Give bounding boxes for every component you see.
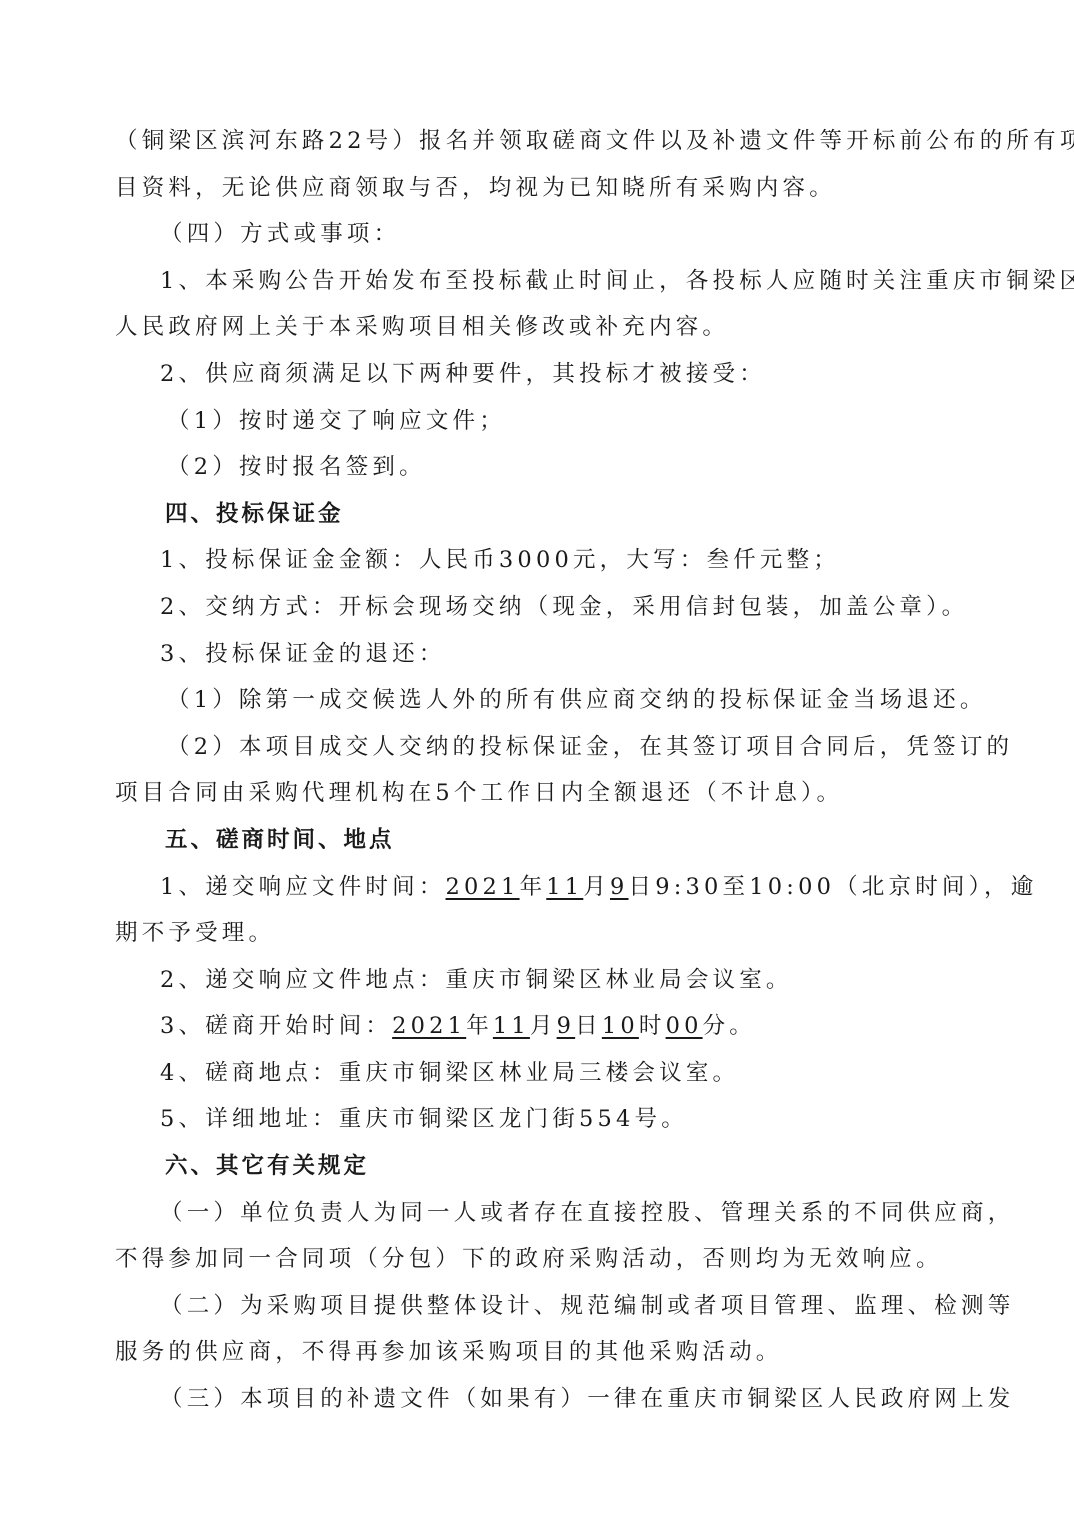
month-unit: 月 — [530, 1013, 557, 1039]
month-value: 11 — [493, 1013, 530, 1039]
label: 3、磋商开始时间： — [160, 1013, 392, 1039]
section-heading-other-rules: 六、其它有关规定 — [115, 1143, 965, 1190]
list-item: 2、交纳方式：开标会现场交纳（现金，采用信封包装，加盖公章）。 — [115, 584, 965, 631]
list-item: 2、递交响应文件地点：重庆市铜梁区林业局会议室。 — [115, 957, 965, 1004]
minute-value: 00 — [666, 1013, 703, 1039]
year-unit: 年 — [466, 1013, 493, 1039]
day-unit: 日 — [575, 1013, 602, 1039]
day-unit: 日 — [629, 874, 656, 900]
time-range: 9:30至10:00（北京时间），逾 — [655, 874, 1037, 900]
paragraph-line: 1、本采购公告开始发布至投标截止时间止，各投标人应随时关注重庆市铜梁区 — [115, 258, 965, 305]
label: 1、递交响应文件时间： — [160, 874, 446, 900]
year-unit: 年 — [520, 874, 547, 900]
hour-unit: 时 — [639, 1013, 666, 1039]
minute-unit: 分。 — [703, 1013, 756, 1039]
month-value: 11 — [546, 874, 583, 900]
day-value: 9 — [610, 874, 629, 900]
list-item: 1、投标保证金金额：人民币3000元，大写：叁仟元整； — [115, 537, 965, 584]
day-value: 9 — [557, 1013, 576, 1039]
list-item: 4、磋商地点：重庆市铜梁区林业局三楼会议室。 — [115, 1050, 965, 1097]
year-value: 2021 — [392, 1013, 466, 1039]
subsection-title: （四）方式或事项： — [115, 211, 965, 258]
document-page: （铜梁区滨河东路22号）报名并领取磋商文件以及补遗文件等开标前公布的所有项 目资… — [115, 118, 965, 1423]
paragraph-line: 服务的供应商，不得再参加该采购项目的其他采购活动。 — [115, 1329, 965, 1376]
list-item: （2）按时报名签到。 — [115, 444, 965, 491]
paragraph-line: （一）单位负责人为同一人或者存在直接控股、管理关系的不同供应商， — [115, 1190, 965, 1237]
list-item: （1）按时递交了响应文件； — [115, 398, 965, 445]
paragraph-line: 不得参加同一合同项（分包）下的政府采购活动，否则均为无效响应。 — [115, 1236, 965, 1283]
list-item: 3、投标保证金的退还： — [115, 631, 965, 678]
paragraph-line: （二）为采购项目提供整体设计、规范编制或者项目管理、监理、检测等 — [115, 1283, 965, 1330]
month-unit: 月 — [583, 874, 610, 900]
paragraph-line: 期不予受理。 — [115, 910, 965, 957]
paragraph-line: （三）本项目的补遗文件（如果有）一律在重庆市铜梁区人民政府网上发 — [115, 1376, 965, 1423]
year-value: 2021 — [446, 874, 520, 900]
section-heading-deposit: 四、投标保证金 — [115, 491, 965, 538]
list-item: （1）除第一成交候选人外的所有供应商交纳的投标保证金当场退还。 — [115, 677, 965, 724]
paragraph-line: 目资料，无论供应商领取与否，均视为已知晓所有采购内容。 — [115, 165, 965, 212]
paragraph-line: （铜梁区滨河东路22号）报名并领取磋商文件以及补遗文件等开标前公布的所有项 — [115, 118, 965, 165]
hour-value: 10 — [602, 1013, 639, 1039]
list-item-start-time: 3、磋商开始时间：2021年11月9日10时00分。 — [115, 1003, 965, 1050]
list-item-submission-time: 1、递交响应文件时间：2021年11月9日9:30至10:00（北京时间），逾 — [115, 864, 965, 911]
paragraph-line: 2、供应商须满足以下两种要件，其投标才被接受： — [115, 351, 965, 398]
section-heading-time-location: 五、磋商时间、地点 — [115, 817, 965, 864]
paragraph-line: 项目合同由采购代理机构在5个工作日内全额退还（不计息）。 — [115, 770, 965, 817]
list-item: （2）本项目成交人交纳的投标保证金，在其签订项目合同后，凭签订的 — [115, 724, 965, 771]
paragraph-line: 人民政府网上关于本采购项目相关修改或补充内容。 — [115, 304, 965, 351]
list-item: 5、详细地址：重庆市铜梁区龙门街554号。 — [115, 1096, 965, 1143]
